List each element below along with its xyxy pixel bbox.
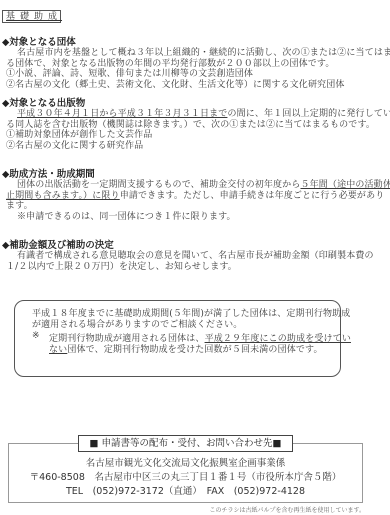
contact-department: 名古屋市観光文化交流局文化振興室企画事業係 — [8, 455, 363, 469]
notice-mark: ※ — [32, 331, 40, 341]
section-text: １/２以内で上限２０万円）を決定し、お知らせします。 — [6, 259, 237, 272]
notice-text: が適用される場合がありますのでご相談ください。 — [32, 317, 242, 330]
contact-phone-fax: TEL (052)972-3172（直通） FAX (052)972-4128 — [8, 483, 363, 497]
contact-address: 〒460-8508 名古屋市中区三の丸三丁目１番１号（市役所本庁舎５階） — [8, 469, 363, 483]
section-text: 止期間も含みます。）に限り申請できます。ただし、申請手続きは年度ごとに行う必要が… — [6, 188, 384, 201]
notice-text-rest: 団体で、定期刊行物助成を受けた回数が５回未満の団体です。 — [67, 345, 322, 355]
section-note: ※申請できるのは、同一団体につき１件に限ります。 — [17, 209, 236, 222]
document-title: 基礎助成 — [2, 10, 61, 23]
section-text-rest: 申請できます。ただし、申請手続きは年度ごとに行う必要があり — [120, 191, 385, 201]
section-text: ②名古屋の文化に関する研究作品 — [6, 138, 143, 151]
section-text: ②名古屋の文化（郷土史、芸術文化、文化財、生活文化等）に関する文化研究団体 — [6, 77, 345, 90]
notice-underlined: ない — [49, 345, 67, 355]
notice-text: ない団体で、定期刊行物助成を受けた回数が５回未満の団体です。 — [49, 342, 323, 355]
recycled-paper-note: このチラシは古紙パルプを含む再生紙を使用しています。 — [209, 505, 365, 514]
contact-label: ■ 申請書等の配布・受付、お問い合わせ先■ — [78, 435, 293, 452]
